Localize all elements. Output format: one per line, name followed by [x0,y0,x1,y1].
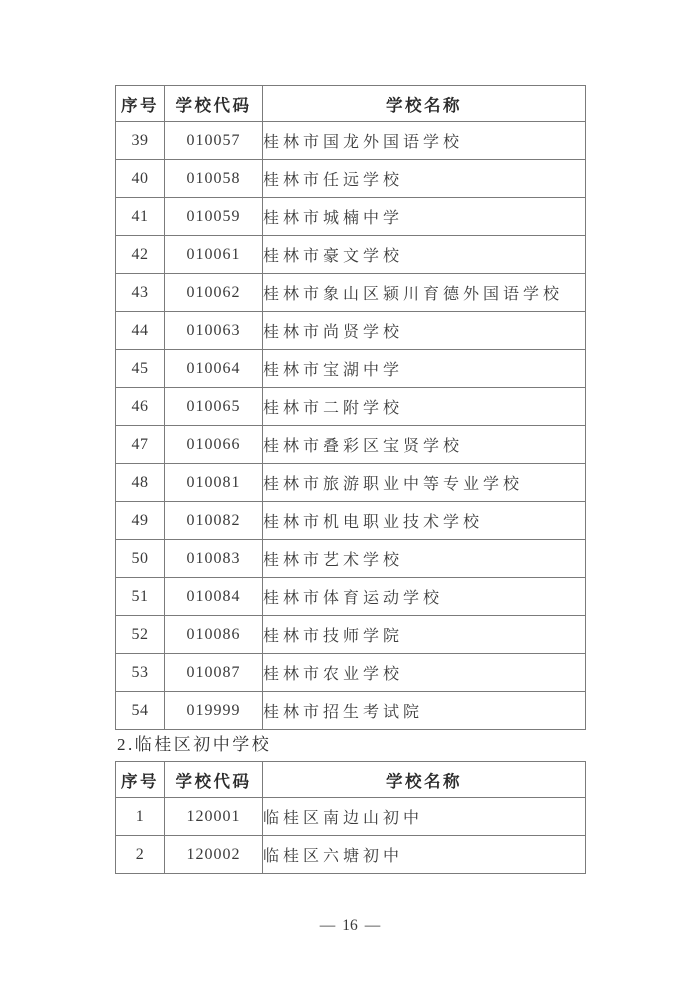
school-code-cell: 010087 [165,654,263,692]
table-row: 45010064桂林市宝湖中学 [116,350,586,388]
table-row: 47010066桂林市叠彩区宝贤学校 [116,426,586,464]
school-name-cell: 桂林市象山区颍川育德外国语学校 [263,274,586,312]
footer-dash-left: — [320,917,336,934]
row-number-cell: 41 [116,198,165,236]
school-name-cell: 临桂区六塘初中 [263,836,586,874]
school-code-cell: 010066 [165,426,263,464]
column-header-index: 序号 [116,762,165,798]
school-name-cell: 桂林市艺术学校 [263,540,586,578]
school-list-table-1: 序号 学校代码 学校名称 39010057桂林市国龙外国语学校40010058桂… [115,85,586,730]
school-code-cell: 120001 [165,798,263,836]
row-number-cell: 54 [116,692,165,730]
row-number-cell: 1 [116,798,165,836]
page-footer: —16— [0,917,700,935]
school-name-cell: 桂林市城楠中学 [263,198,586,236]
school-code-cell: 010062 [165,274,263,312]
table-row: 40010058桂林市任远学校 [116,160,586,198]
school-name-cell: 桂林市叠彩区宝贤学校 [263,426,586,464]
school-code-cell: 010081 [165,464,263,502]
table-row: 39010057桂林市国龙外国语学校 [116,122,586,160]
row-number-cell: 52 [116,616,165,654]
table-row: 42010061桂林市豪文学校 [116,236,586,274]
row-number-cell: 53 [116,654,165,692]
table-row: 52010086桂林市技师学院 [116,616,586,654]
document-page: 序号 学校代码 学校名称 39010057桂林市国龙外国语学校40010058桂… [0,0,700,990]
page-number: 16 [342,917,358,934]
row-number-cell: 46 [116,388,165,426]
row-number-cell: 45 [116,350,165,388]
school-code-cell: 010086 [165,616,263,654]
school-code-cell: 010065 [165,388,263,426]
school-code-cell: 010064 [165,350,263,388]
row-number-cell: 44 [116,312,165,350]
table-header-row: 序号 学校代码 学校名称 [116,762,586,798]
school-name-cell: 临桂区南边山初中 [263,798,586,836]
school-name-cell: 桂林市机电职业技术学校 [263,502,586,540]
row-number-cell: 43 [116,274,165,312]
row-number-cell: 39 [116,122,165,160]
table-body: 39010057桂林市国龙外国语学校40010058桂林市任远学校4101005… [116,122,586,730]
school-code-cell: 010083 [165,540,263,578]
row-number-cell: 49 [116,502,165,540]
school-code-cell: 010058 [165,160,263,198]
school-code-cell: 010082 [165,502,263,540]
table-body: 1120001临桂区南边山初中2120002临桂区六塘初中 [116,798,586,874]
school-name-cell: 桂林市体育运动学校 [263,578,586,616]
table-row: 2120002临桂区六塘初中 [116,836,586,874]
school-name-cell: 桂林市旅游职业中等专业学校 [263,464,586,502]
table-row: 44010063桂林市尚贤学校 [116,312,586,350]
column-header-school-name: 学校名称 [263,86,586,122]
school-code-cell: 010059 [165,198,263,236]
school-name-cell: 桂林市宝湖中学 [263,350,586,388]
table-row: 41010059桂林市城楠中学 [116,198,586,236]
column-header-index: 序号 [116,86,165,122]
table-row: 43010062桂林市象山区颍川育德外国语学校 [116,274,586,312]
table-row: 51010084桂林市体育运动学校 [116,578,586,616]
school-name-cell: 桂林市豪文学校 [263,236,586,274]
school-code-cell: 010061 [165,236,263,274]
row-number-cell: 2 [116,836,165,874]
school-name-cell: 桂林市尚贤学校 [263,312,586,350]
table-row: 49010082桂林市机电职业技术学校 [116,502,586,540]
table-row: 50010083桂林市艺术学校 [116,540,586,578]
row-number-cell: 47 [116,426,165,464]
row-number-cell: 48 [116,464,165,502]
table-header-row: 序号 学校代码 学校名称 [116,86,586,122]
row-number-cell: 50 [116,540,165,578]
column-header-school-name: 学校名称 [263,762,586,798]
school-name-cell: 桂林市技师学院 [263,616,586,654]
row-number-cell: 51 [116,578,165,616]
school-code-cell: 010084 [165,578,263,616]
column-header-school-code: 学校代码 [165,86,263,122]
row-number-cell: 40 [116,160,165,198]
table-row: 1120001临桂区南边山初中 [116,798,586,836]
table-row: 46010065桂林市二附学校 [116,388,586,426]
table-row: 54019999桂林市招生考试院 [116,692,586,730]
footer-dash-right: — [365,917,381,934]
column-header-school-code: 学校代码 [165,762,263,798]
school-name-cell: 桂林市招生考试院 [263,692,586,730]
row-number-cell: 42 [116,236,165,274]
school-name-cell: 桂林市国龙外国语学校 [263,122,586,160]
school-code-cell: 010063 [165,312,263,350]
school-name-cell: 桂林市二附学校 [263,388,586,426]
school-code-cell: 120002 [165,836,263,874]
school-code-cell: 010057 [165,122,263,160]
school-code-cell: 019999 [165,692,263,730]
section-heading: 2.临桂区初中学校 [117,730,271,755]
school-list-table-2: 序号 学校代码 学校名称 1120001临桂区南边山初中2120002临桂区六塘… [115,761,586,874]
table-row: 53010087桂林市农业学校 [116,654,586,692]
table-row: 48010081桂林市旅游职业中等专业学校 [116,464,586,502]
school-name-cell: 桂林市任远学校 [263,160,586,198]
school-name-cell: 桂林市农业学校 [263,654,586,692]
